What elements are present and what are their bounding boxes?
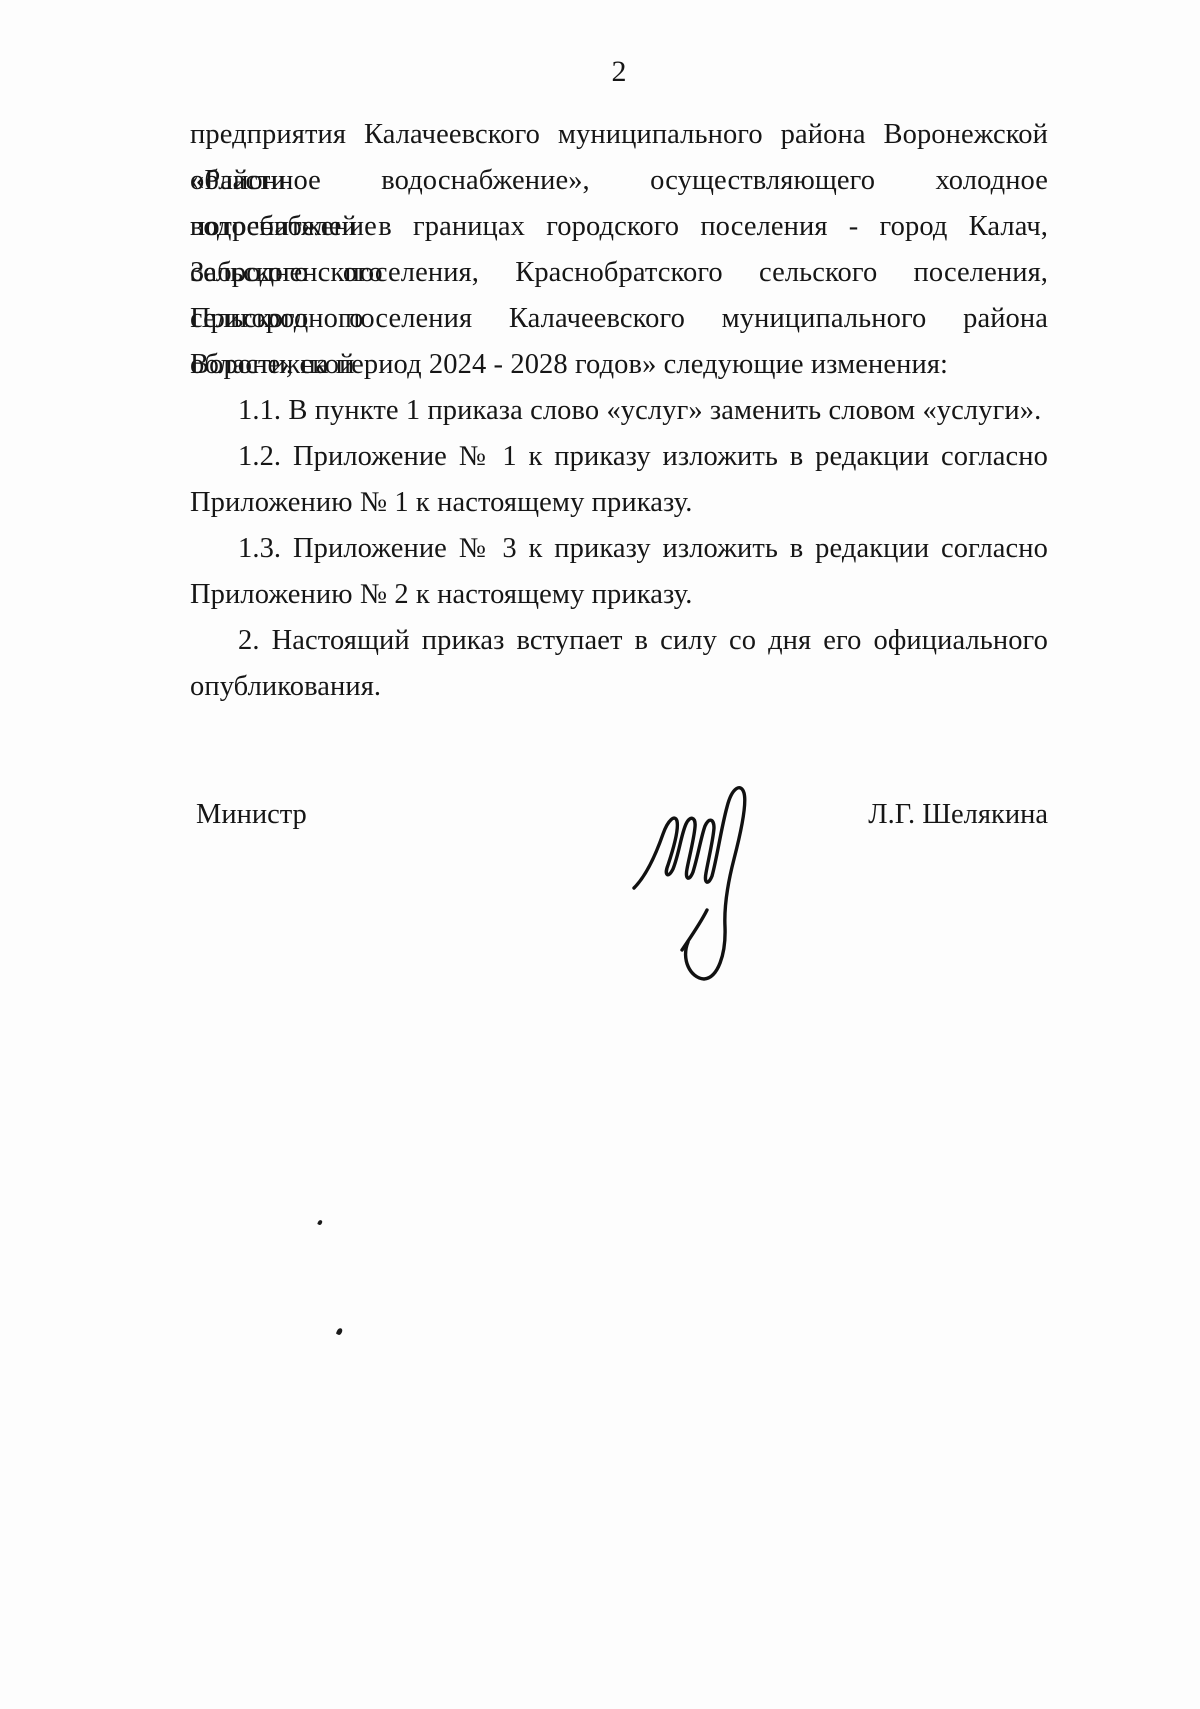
text-line: опубликования. [190,664,1048,710]
text-line: 1.3. Приложение № 3 к приказу изложить в… [190,526,1048,572]
ink-speck [336,1327,343,1335]
text-line: области, на период 2024 - 2028 годов» сл… [190,342,1048,388]
text-line: потребителей в границах городского посел… [190,204,1048,250]
text-line: предприятия Калачеевского муниципального… [190,112,1048,158]
signature-scribble [618,726,768,992]
signatory-title: Министр [196,792,307,838]
text-line: 1.2. Приложение № 1 к приказу изложить в… [190,434,1048,480]
ink-speck [317,1219,323,1225]
document-page: 2 предприятия Калачеевского муниципально… [0,0,1200,1709]
text-line: 2. Настоящий приказ вступает в силу со д… [190,618,1048,664]
signatory-name: Л.Г. Шелякина [868,792,1048,838]
text-line: сельского поселения Калачеевского муници… [190,296,1048,342]
text-line: 1.1. В пункте 1 приказа слово «услуг» за… [190,388,1048,434]
document-body: предприятия Калачеевского муниципального… [190,112,1048,710]
page-number: 2 [190,54,1048,90]
text-line: Приложению № 2 к настоящему приказу. [190,572,1048,618]
text-line: сельского поселения, Краснобратского сел… [190,250,1048,296]
text-line: «Районное водоснабжение», осуществляющег… [190,158,1048,204]
text-line: Приложению № 1 к настоящему приказу. [190,480,1048,526]
